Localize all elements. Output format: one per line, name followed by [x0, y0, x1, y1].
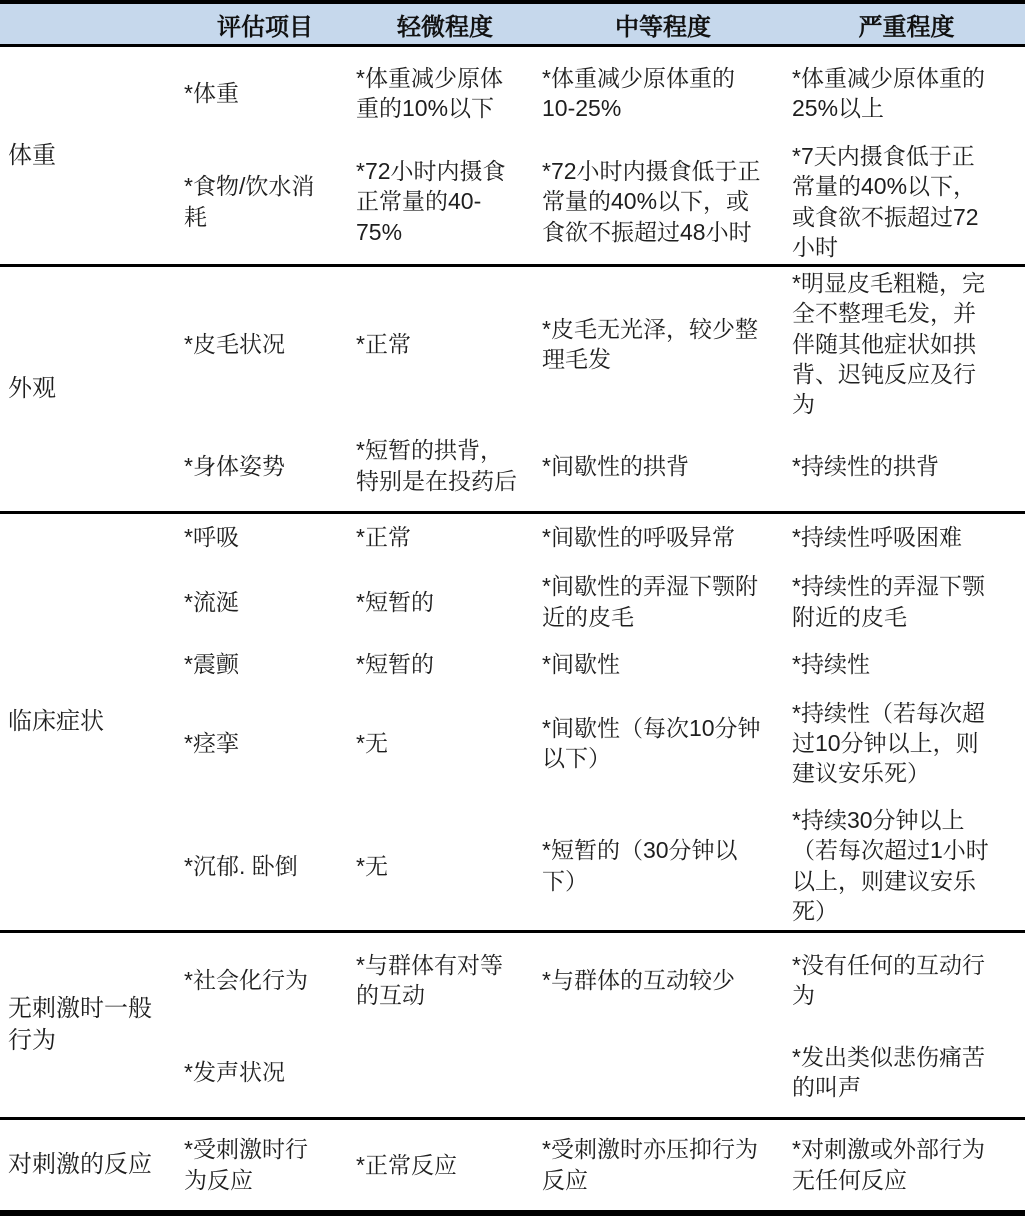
- table-row: 外观 *皮毛状况 *正常 *皮毛无光泽，较少整理毛发 *明显皮毛粗糙，完全不整理…: [0, 266, 1025, 421]
- mild-cell: *体重减少原体重的10%以下: [352, 46, 538, 140]
- mild-cell: *与群体有对等的互动: [352, 931, 538, 1028]
- moderate-cell: *体重减少原体重的10-25%: [538, 46, 788, 140]
- item-cell: *沉郁. 卧倒: [178, 802, 352, 932]
- severe-cell: *没有任何的互动行为: [788, 931, 1025, 1028]
- item-cell: *痉挛: [178, 685, 352, 802]
- mild-cell: *正常: [352, 512, 538, 561]
- header-category-blank: [0, 2, 178, 46]
- section-general-behavior: 无刺激时一般行为 *社会化行为 *与群体有对等的互动 *与群体的互动较少 *没有…: [0, 931, 1025, 1118]
- moderate-cell: *短暂的（30分钟以下）: [538, 802, 788, 932]
- moderate-cell: *间歇性（每次10分钟以下）: [538, 685, 788, 802]
- mild-cell: *正常反应: [352, 1118, 538, 1213]
- item-cell: *震颤: [178, 643, 352, 685]
- section-clinical-signs: 临床症状 *呼吸 *正常 *间歇性的呼吸异常 *持续性呼吸困难 *流涎 *短暂的…: [0, 512, 1025, 931]
- severe-cell: *体重减少原体重的25%以上: [788, 46, 1025, 140]
- table-row: 体重 *体重 *体重减少原体重的10%以下 *体重减少原体重的10-25% *体…: [0, 46, 1025, 140]
- section-appearance: 外观 *皮毛状况 *正常 *皮毛无光泽，较少整理毛发 *明显皮毛粗糙，完全不整理…: [0, 266, 1025, 513]
- item-cell: *身体姿势: [178, 421, 352, 513]
- category-cell: 无刺激时一般行为: [0, 931, 178, 1118]
- item-cell: *受刺激时行为反应: [178, 1118, 352, 1213]
- item-cell: *体重: [178, 46, 352, 140]
- severe-cell: *明显皮毛粗糙，完全不整理毛发，并伴随其他症状如拱背、迟钝反应及行为: [788, 266, 1025, 421]
- severe-cell: *持续性: [788, 643, 1025, 685]
- category-cell: 临床症状: [0, 512, 178, 931]
- mild-cell: *短暂的: [352, 561, 538, 643]
- section-stimulus-response: 对刺激的反应 *受刺激时行为反应 *正常反应 *受刺激时亦压抑行为反应 *对刺激…: [0, 1118, 1025, 1213]
- category-cell: 对刺激的反应: [0, 1118, 178, 1213]
- mild-cell: [352, 1028, 538, 1119]
- mild-cell: *正常: [352, 266, 538, 421]
- table-row: 无刺激时一般行为 *社会化行为 *与群体有对等的互动 *与群体的互动较少 *没有…: [0, 931, 1025, 1028]
- item-cell: *流涎: [178, 561, 352, 643]
- category-cell: 体重: [0, 46, 178, 266]
- mild-cell: *无: [352, 802, 538, 932]
- moderate-cell: *皮毛无光泽，较少整理毛发: [538, 266, 788, 421]
- severe-cell: *持续性（若每次超过10分钟以上，则建议安乐死）: [788, 685, 1025, 802]
- table-header: 评估项目 轻微程度 中等程度 严重程度: [0, 2, 1025, 46]
- mild-cell: *72小时内摄食正常量的40-75%: [352, 139, 538, 266]
- category-cell: 外观: [0, 266, 178, 513]
- moderate-cell: *受刺激时亦压抑行为反应: [538, 1118, 788, 1213]
- moderate-cell: *间歇性的弄湿下颚附近的皮毛: [538, 561, 788, 643]
- severe-cell: *7天内摄食低于正常量的40%以下，或食欲不振超过72小时: [788, 139, 1025, 266]
- severe-cell: *持续性的弄湿下颚附近的皮毛: [788, 561, 1025, 643]
- moderate-cell: *间歇性的呼吸异常: [538, 512, 788, 561]
- header-row: 评估项目 轻微程度 中等程度 严重程度: [0, 2, 1025, 46]
- severe-cell: *持续30分钟以上（若每次超过1小时以上，则建议安乐死）: [788, 802, 1025, 932]
- document-page: 评估项目 轻微程度 中等程度 严重程度 体重 *体重 *体重减少原体重的10%以…: [0, 0, 1025, 1216]
- item-cell: *皮毛状况: [178, 266, 352, 421]
- mild-cell: *无: [352, 685, 538, 802]
- severe-cell: *发出类似悲伤痛苦的叫声: [788, 1028, 1025, 1119]
- moderate-cell: *间歇性的拱背: [538, 421, 788, 513]
- severe-cell: *持续性的拱背: [788, 421, 1025, 513]
- moderate-cell: *间歇性: [538, 643, 788, 685]
- item-cell: *呼吸: [178, 512, 352, 561]
- section-weight: 体重 *体重 *体重减少原体重的10%以下 *体重减少原体重的10-25% *体…: [0, 46, 1025, 266]
- assessment-table: 评估项目 轻微程度 中等程度 严重程度 体重 *体重 *体重减少原体重的10%以…: [0, 0, 1025, 1216]
- item-cell: *发声状况: [178, 1028, 352, 1119]
- item-cell: *食物/饮水消耗: [178, 139, 352, 266]
- moderate-cell: *72小时内摄食低于正常量的40%以下，或食欲不振超过48小时: [538, 139, 788, 266]
- item-cell: *社会化行为: [178, 931, 352, 1028]
- table-row: 临床症状 *呼吸 *正常 *间歇性的呼吸异常 *持续性呼吸困难: [0, 512, 1025, 561]
- mild-cell: *短暂的: [352, 643, 538, 685]
- column-header-severe: 严重程度: [788, 2, 1025, 46]
- severe-cell: *对刺激或外部行为无任何反应: [788, 1118, 1025, 1213]
- table-row: 对刺激的反应 *受刺激时行为反应 *正常反应 *受刺激时亦压抑行为反应 *对刺激…: [0, 1118, 1025, 1213]
- severe-cell: *持续性呼吸困难: [788, 512, 1025, 561]
- column-header-mild: 轻微程度: [352, 2, 538, 46]
- column-header-item: 评估项目: [178, 2, 352, 46]
- mild-cell: *短暂的拱背，特别是在投药后: [352, 421, 538, 513]
- moderate-cell: *与群体的互动较少: [538, 931, 788, 1028]
- moderate-cell: [538, 1028, 788, 1119]
- column-header-moderate: 中等程度: [538, 2, 788, 46]
